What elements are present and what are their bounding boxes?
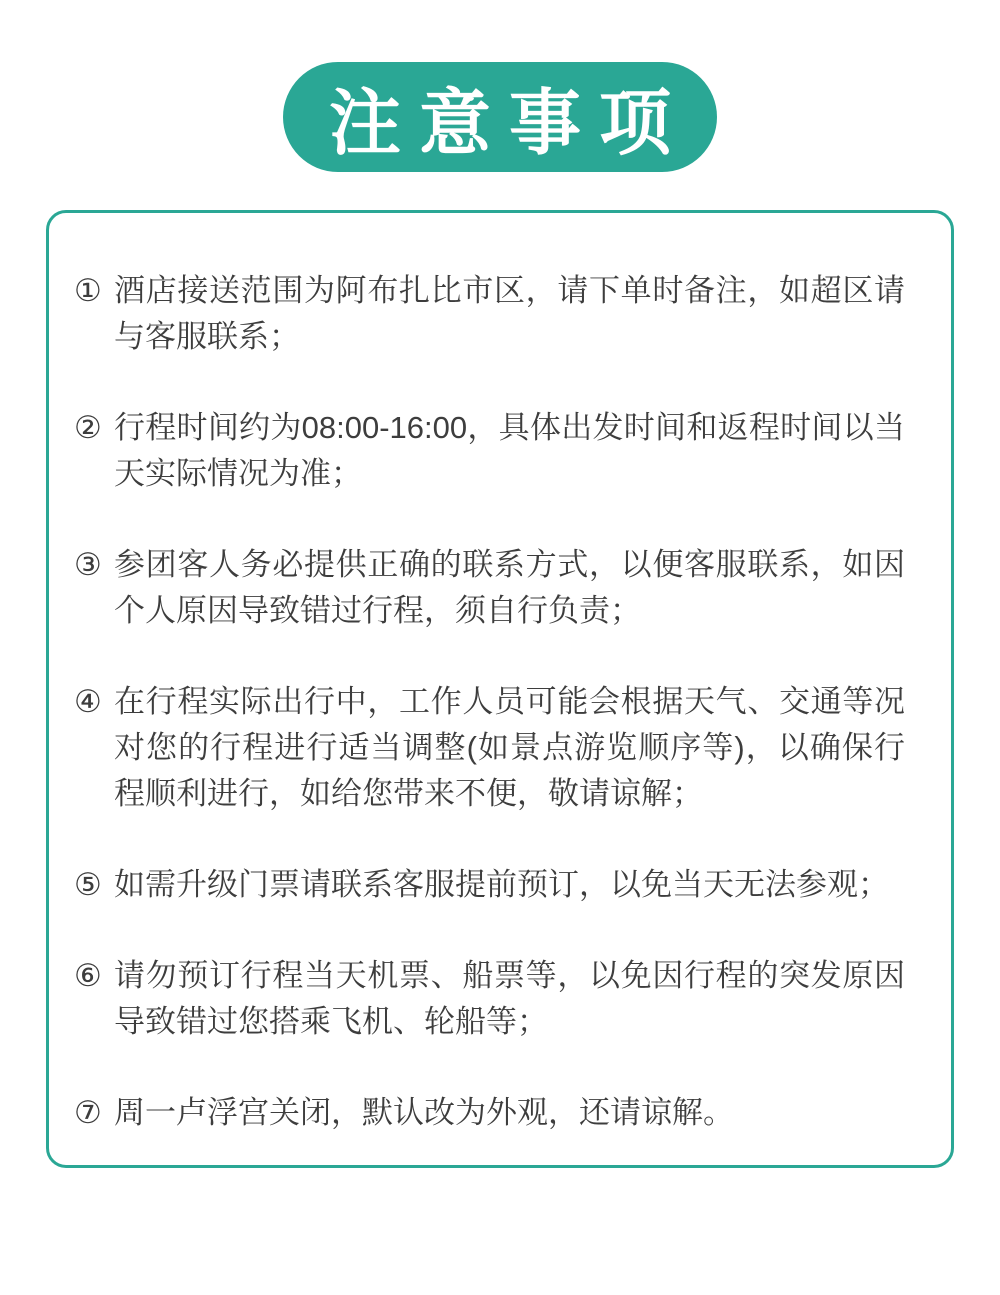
note-item-3: ③ 参团客人务必提供正确的联系方式，以便客服联系，如因个人原因导致错过行程，须自… [74, 542, 905, 634]
note-number: ② [74, 405, 114, 451]
note-number: ④ [74, 679, 114, 725]
note-number: ③ [74, 542, 114, 588]
note-item-5: ⑤ 如需升级门票请联系客服提前预订，以免当天无法参观； [74, 862, 905, 908]
note-number: ① [74, 268, 114, 314]
page-title: 注意事项 [329, 65, 689, 169]
notes-box: ① 酒店接送范围为阿布扎比市区，请下单时备注，如超区请与客服联系； ② 行程时间… [46, 210, 954, 1168]
note-text: 周一卢浮宫关闭，默认改为外观，还请谅解。 [114, 1090, 905, 1136]
note-number: ⑥ [74, 953, 114, 999]
note-text: 请勿预订行程当天机票、船票等，以免因行程的突发原因导致错过您搭乘飞机、轮船等； [114, 953, 905, 1045]
note-text: 如需升级门票请联系客服提前预订，以免当天无法参观； [114, 862, 905, 908]
notice-page: 注意事项 ① 酒店接送范围为阿布扎比市区，请下单时备注，如超区请与客服联系； ②… [0, 0, 1000, 1295]
note-item-2: ② 行程时间约为08:00-16:00，具体出发时间和返程时间以当天实际情况为准… [74, 405, 905, 497]
title-badge: 注意事项 [283, 62, 717, 172]
note-item-4: ④ 在行程实际出行中，工作人员可能会根据天气、交通等况对您的行程进行适当调整(如… [74, 679, 905, 817]
note-item-6: ⑥ 请勿预订行程当天机票、船票等，以免因行程的突发原因导致错过您搭乘飞机、轮船等… [74, 953, 905, 1045]
note-text: 酒店接送范围为阿布扎比市区，请下单时备注，如超区请与客服联系； [114, 268, 905, 360]
note-number: ⑤ [74, 862, 114, 908]
note-text: 行程时间约为08:00-16:00，具体出发时间和返程时间以当天实际情况为准； [114, 405, 905, 497]
note-number: ⑦ [74, 1090, 114, 1136]
note-text: 参团客人务必提供正确的联系方式，以便客服联系，如因个人原因导致错过行程，须自行负… [114, 542, 905, 634]
note-text: 在行程实际出行中，工作人员可能会根据天气、交通等况对您的行程进行适当调整(如景点… [114, 679, 905, 817]
note-item-1: ① 酒店接送范围为阿布扎比市区，请下单时备注，如超区请与客服联系； [74, 268, 905, 360]
note-item-7: ⑦ 周一卢浮宫关闭，默认改为外观，还请谅解。 [74, 1090, 905, 1136]
